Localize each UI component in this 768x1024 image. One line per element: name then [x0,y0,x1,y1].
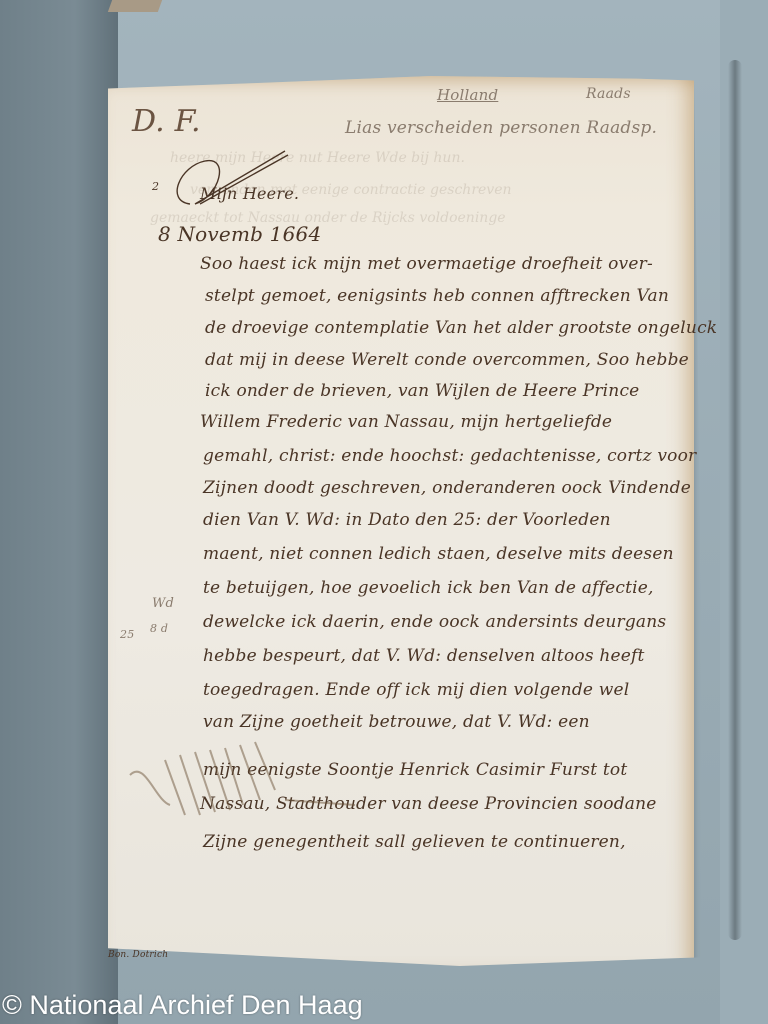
body-line: te betuijgen, hoe gevoelich ick ben Van … [203,578,654,598]
margin-note: 25 [120,628,134,641]
body-line: dien Van V. Wd: in Dato den 25: der Voor… [203,510,611,530]
body-line: Nassau, Stadthouder van deese Provincien… [200,794,657,814]
body-line: Willem Frederic van Nassau, mijn hertgel… [200,412,612,432]
letter-date: 8 Novemb 1664 [158,222,321,246]
body-line: Zijnen doodt geschreven, onderanderen oo… [203,478,691,498]
folder-crease-shadow [728,60,742,940]
page-number: 2 [152,180,159,193]
folder-left-panel [0,0,125,1024]
body-line: mijn eenigste Soontje Henrick Casimir Fu… [203,760,627,780]
body-line: Zijne genegentheit sall gelieven te cont… [203,832,626,852]
margin-note: 8 d [150,622,168,635]
salutation: Mijn Heere. [200,184,299,203]
body-line: stelpt gemoet, eenigsints heb connen aff… [205,286,669,306]
body-line: maent, niet connen ledich staen, deselve… [203,544,674,564]
body-line: toegedragen. Ende off ick mij dien volge… [203,680,629,700]
body-line: dat mij in deese Werelt conde overcommen… [205,350,689,370]
body-line: van Zijne goetheit betrouwe, dat V. Wd: … [203,712,590,732]
body-line: Soo haest ick mijn met overmaetige droef… [200,254,653,274]
bleed-through-text: heere mijn Heere nut Heere Wde bij hun. [170,150,465,166]
body-line: ick onder de brieven, van Wijlen de Heer… [205,381,639,401]
body-line: hebbe bespeurt, dat V. Wd: denselven alt… [203,646,645,666]
pencil-note-line: Lias verscheiden personen Raadsp. [345,118,657,138]
margin-note: Wd [152,596,174,611]
file-mark: D. F. [132,104,201,139]
pencil-note-title: Holland [437,86,498,104]
body-line: gemahl, christ: ende hoochst: gedachteni… [203,446,696,466]
body-line: dewelcke ick daerin, ende oock andersint… [203,612,666,632]
folder-corner-tab [108,0,162,12]
pencil-note-right: Raads [586,86,631,102]
footer-note: Bon. Dotrich [108,950,168,960]
body-line: de droevige contemplatie Van het alder g… [205,318,717,338]
copyright-watermark: © Nationaal Archief Den Haag [2,990,363,1021]
